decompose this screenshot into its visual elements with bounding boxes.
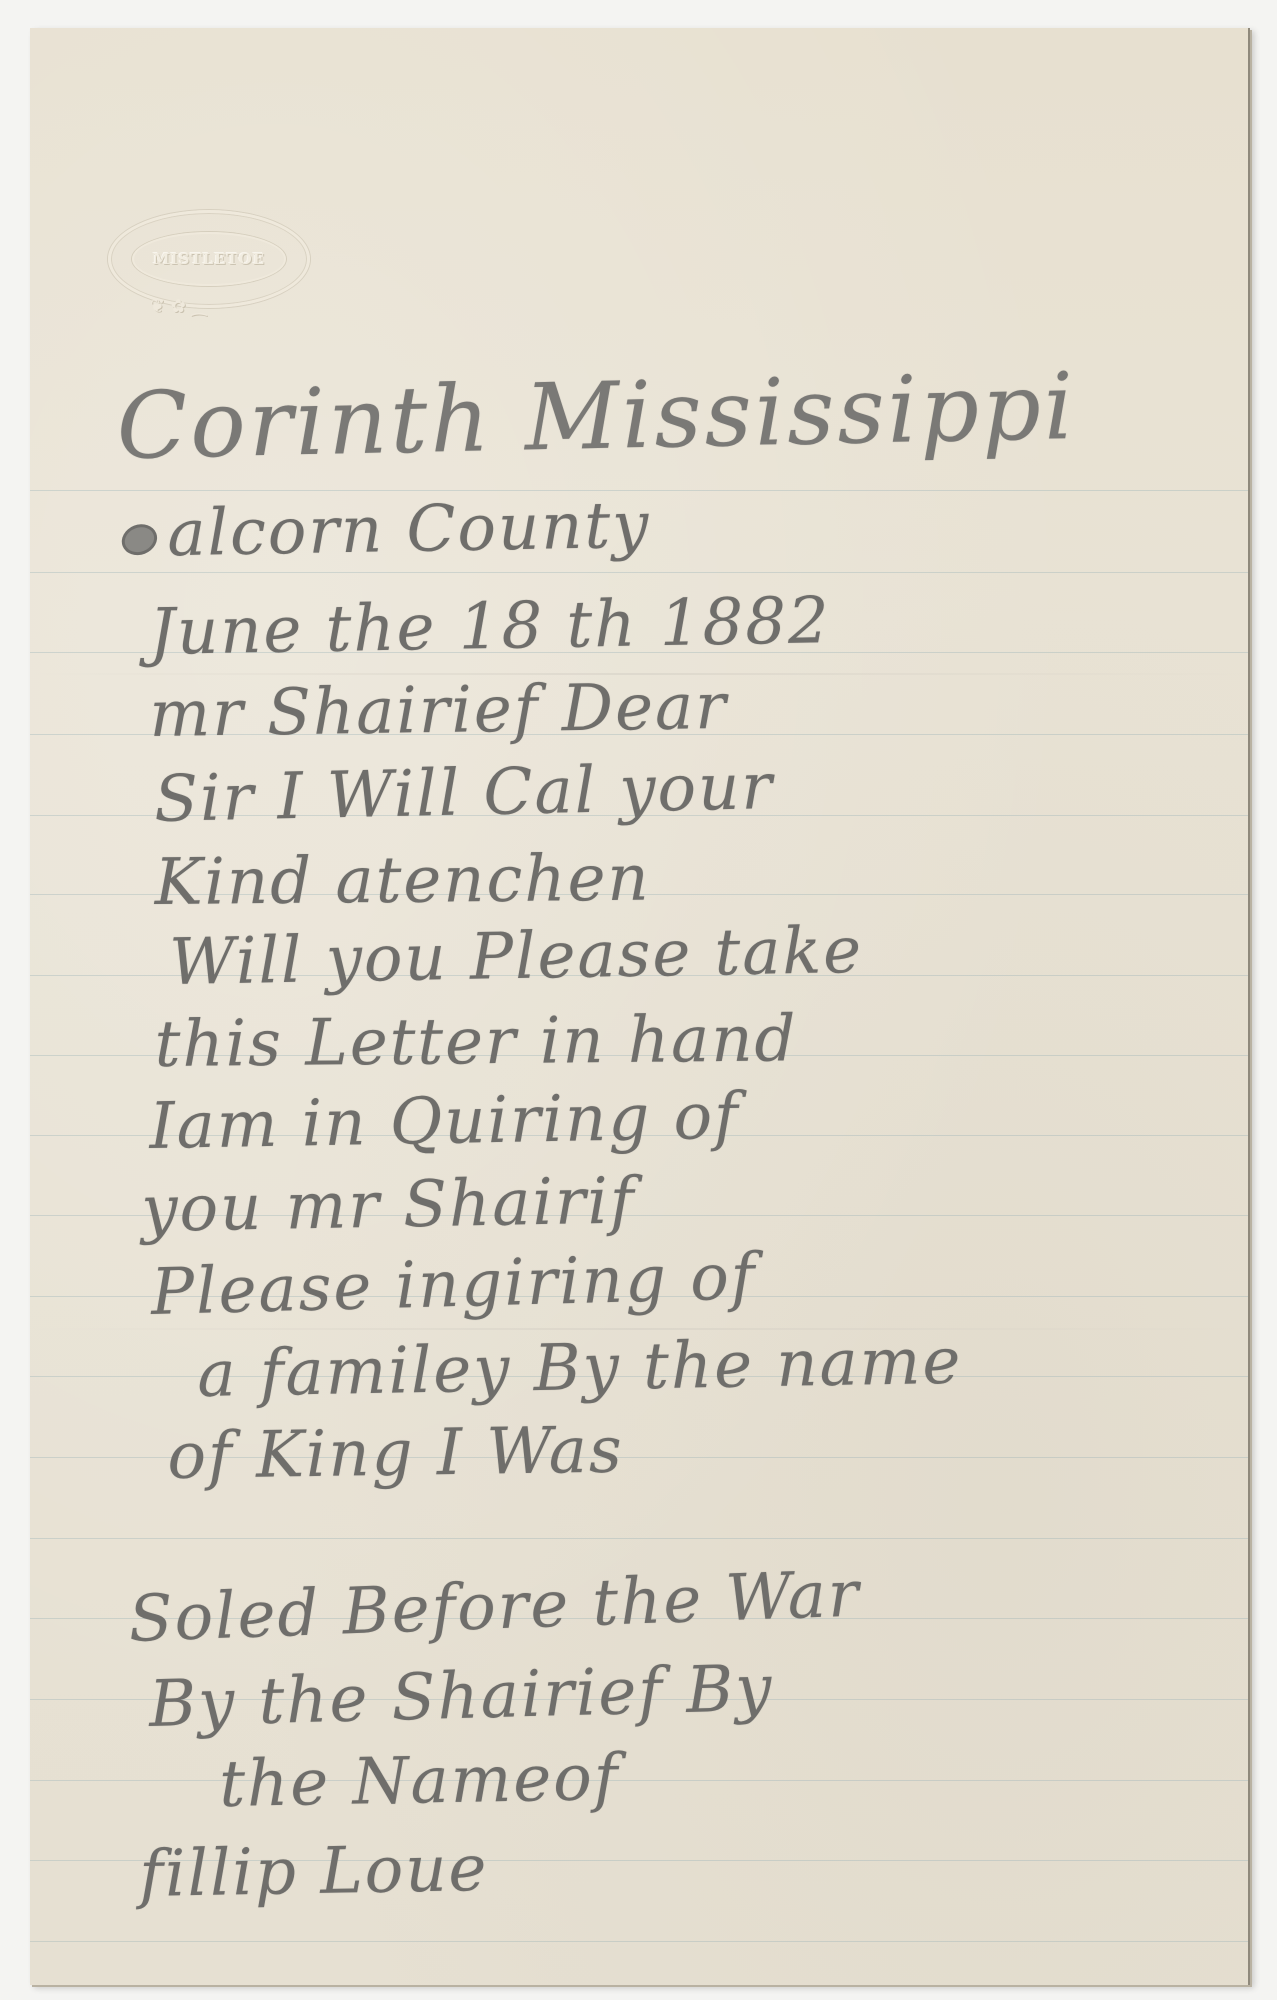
letter-line-body: Iam in Quiring of [149, 1080, 741, 1164]
letter-line-body: you mr Shairif [141, 1164, 637, 1247]
letter-paper: MISTLETOE ❦ ✿ ⁔ Corinth Mississippi alco… [30, 28, 1250, 1985]
letter-line-date: June the 18 th 1882 [149, 584, 832, 670]
ruled-line [30, 1941, 1248, 1942]
letter-line-body: Sir I Will Cal your [153, 750, 774, 837]
letter-line-body: By the Shairief By [148, 1652, 774, 1742]
letter-line-place: Corinth Mississippi [116, 353, 1077, 480]
letter-line-body: the Nameof [219, 1741, 620, 1822]
letter-line-body: a familey By the name [197, 1325, 963, 1412]
letter-line-body: Please ingiring of [150, 1240, 757, 1330]
letter-line-county: alcorn County [121, 489, 651, 572]
ruled-line [30, 572, 1248, 573]
letter-line-signature: fillip Loue [139, 1832, 489, 1912]
mistletoe-emboss-stamp: MISTLETOE [108, 210, 310, 308]
emboss-label: MISTLETOE [132, 232, 286, 286]
letter-line-body: this Letter in hand [154, 1002, 797, 1082]
ruled-line [30, 1538, 1248, 1539]
letter-line-salutation: mr Shairief Dear [149, 670, 728, 752]
letter-line-body: Will you Please take [169, 914, 864, 1000]
letter-line-body: Soled Before the War [127, 1557, 861, 1657]
scan-frame: MISTLETOE ❦ ✿ ⁔ Corinth Mississippi alco… [0, 0, 1277, 2000]
county-text: alcorn County [167, 489, 651, 571]
ink-blot-icon [117, 519, 161, 560]
ruled-line [30, 1780, 1248, 1781]
letter-line-body: Kind atenchen [154, 842, 651, 920]
emboss-ornament-icon: ❦ ✿ ⁔ [150, 296, 260, 326]
letter-line-body: of King I Was [167, 1414, 624, 1494]
